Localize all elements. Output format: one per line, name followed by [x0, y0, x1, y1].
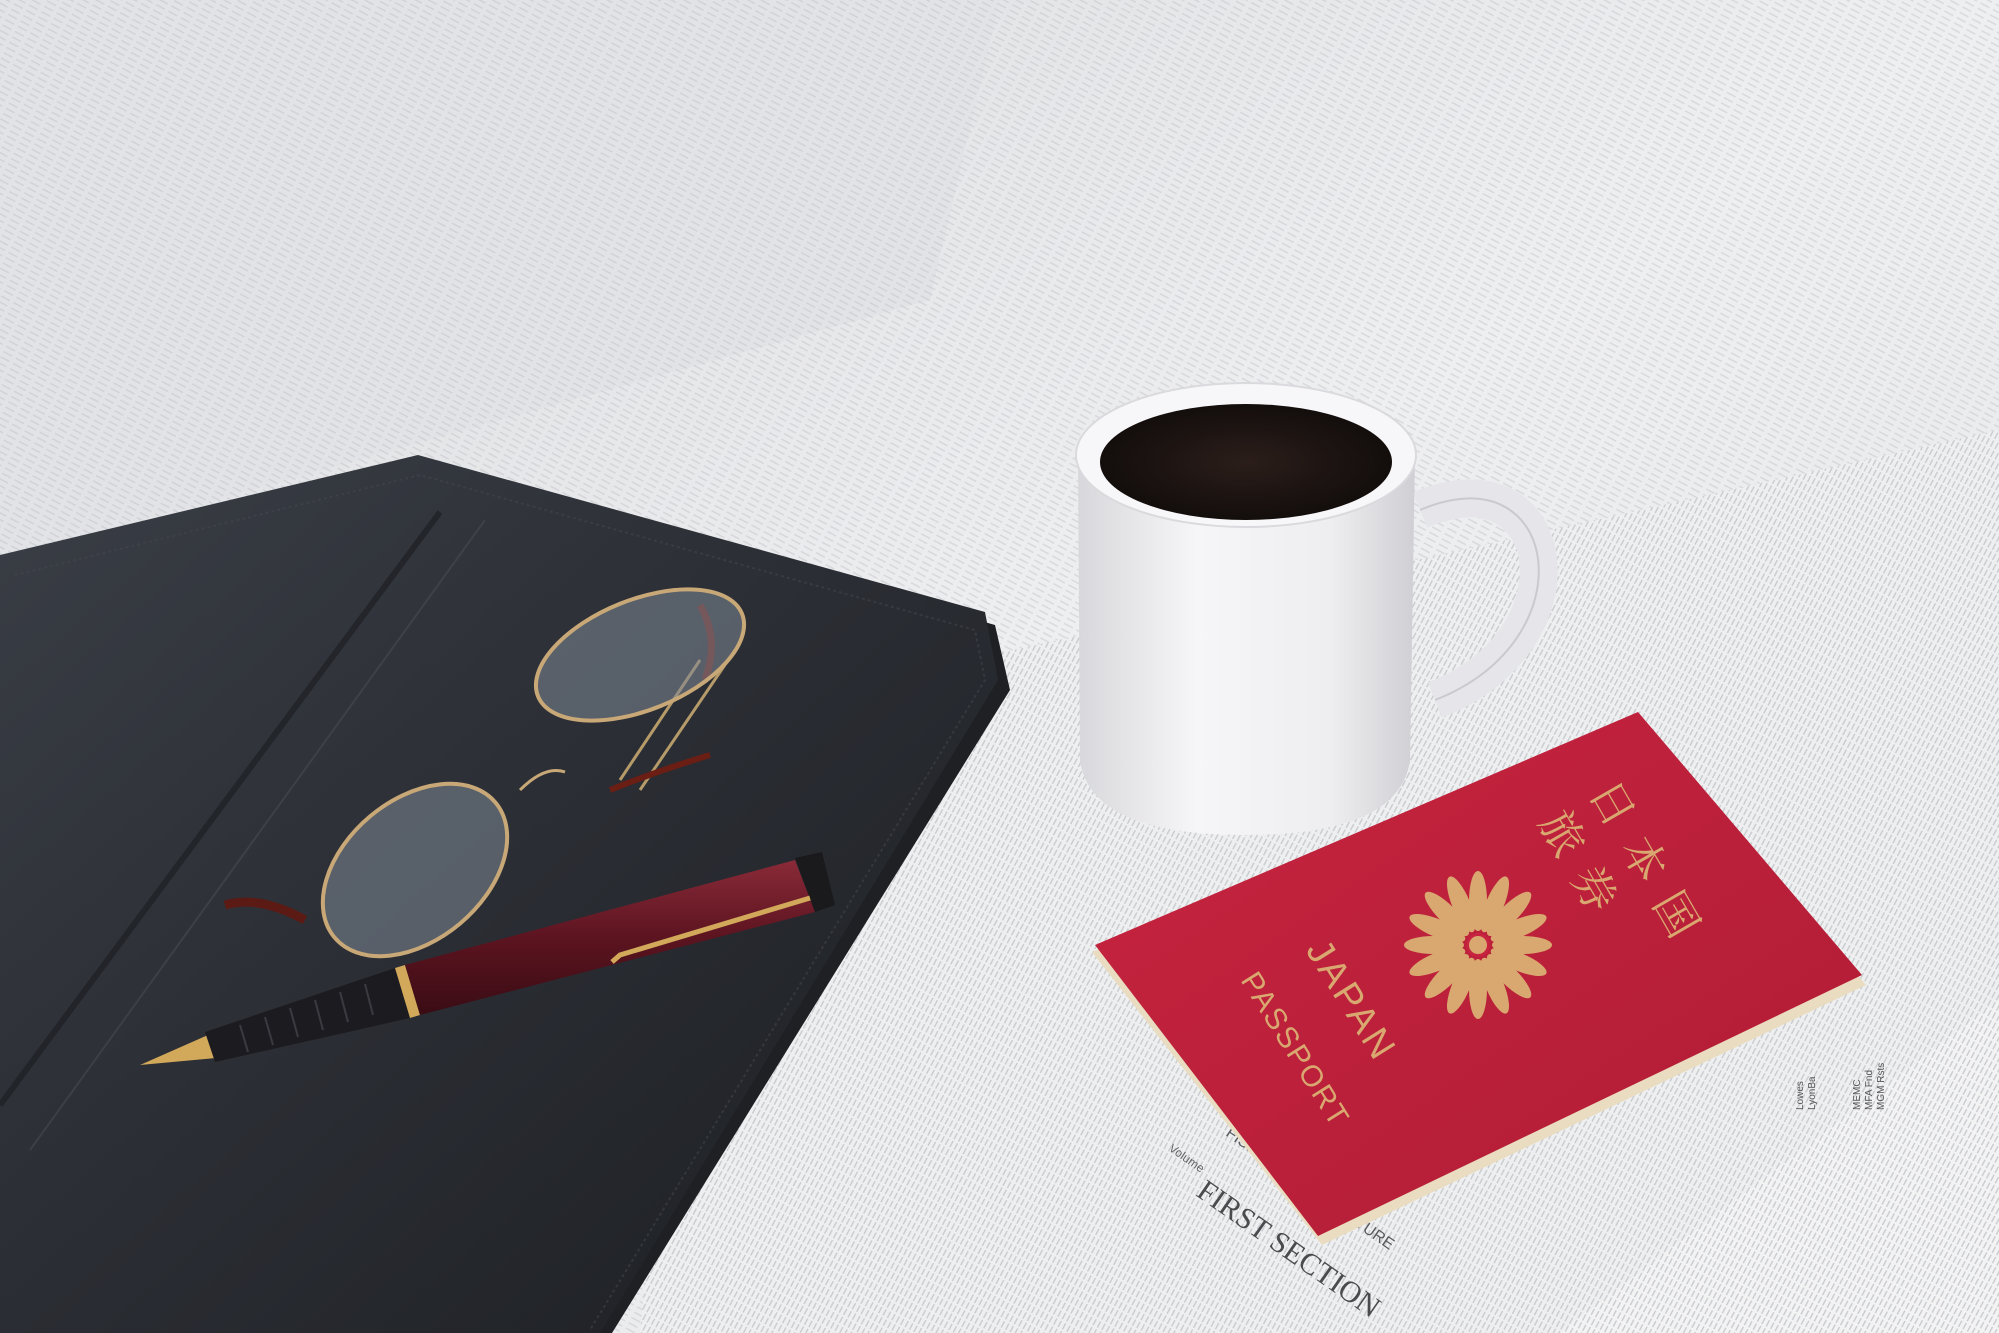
svg-text:Lowes: Lowes [1795, 1081, 1806, 1110]
svg-text:MGM Rsts: MGM Rsts [1876, 1063, 1887, 1110]
svg-text:MFA Fnd: MFA Fnd [1864, 1070, 1875, 1110]
chrysanthemum-crest-icon [1404, 871, 1552, 1019]
photo-scene: FIRST SECTION FISHERY & AGRICULTURE MINI… [0, 0, 1999, 1333]
svg-text:LyonBa: LyonBa [1807, 1076, 1818, 1110]
svg-text:MEMC: MEMC [1852, 1079, 1863, 1110]
